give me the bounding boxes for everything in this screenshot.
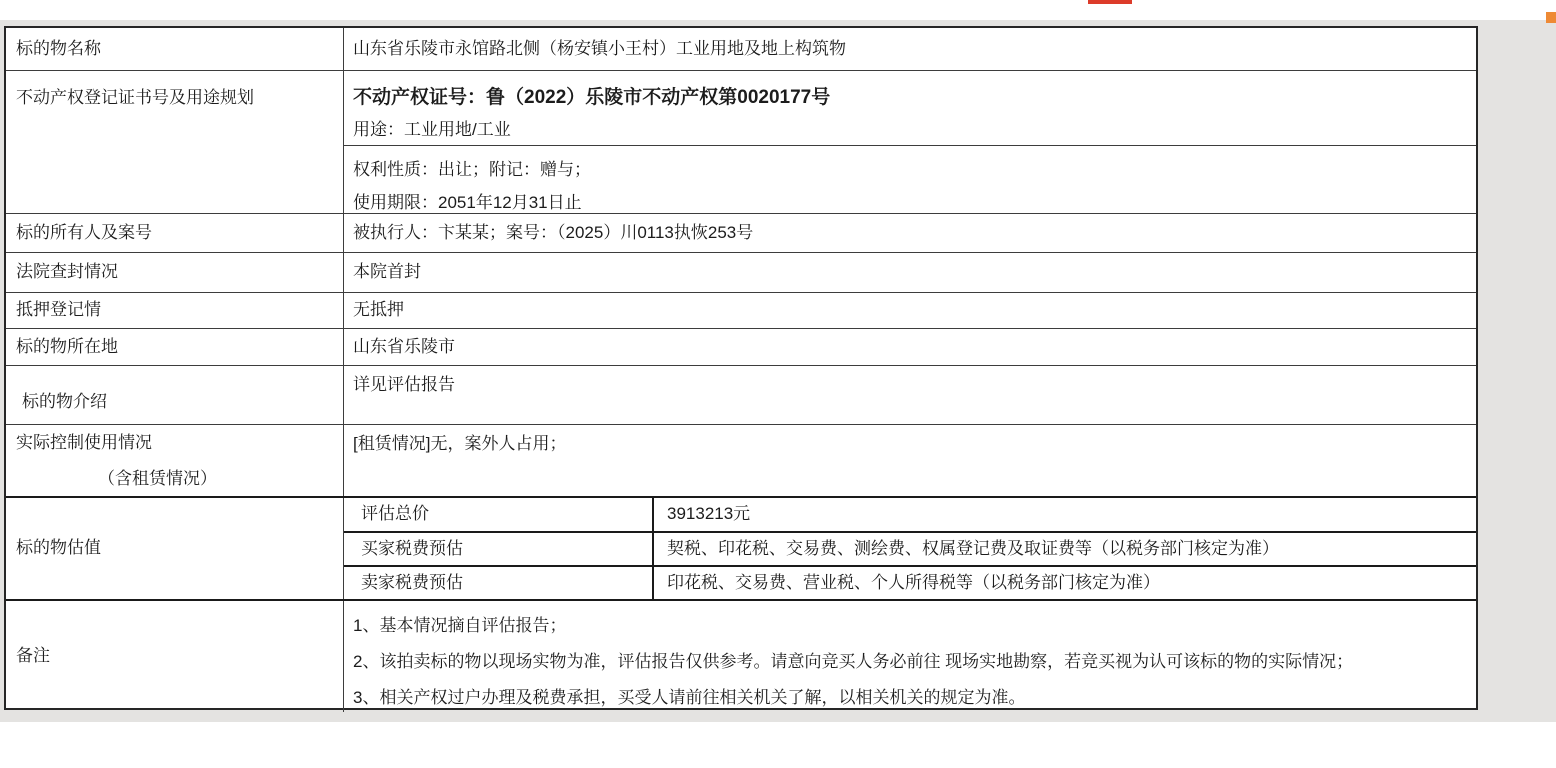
intro-value: 详见评估报告 xyxy=(344,366,1476,424)
row-intro: 标的物介绍 详见评估报告 xyxy=(6,365,1476,424)
valuation-label: 标的物估值 xyxy=(6,498,344,599)
owner-value: 被执行人：卞某某；案号：（2025）川0113执恢253号 xyxy=(344,214,1476,252)
buyer-tax-label: 买家税费预估 xyxy=(344,533,654,565)
row-valuation: 标的物估值 评估总价 3913213元 买家税费预估 契税、印花税、交易费、测绘… xyxy=(6,496,1476,599)
control-label-line2: （含租赁情况） xyxy=(16,468,343,491)
page: 标的物名称 山东省乐陵市永馆路北侧（杨安镇小王村）工业用地及地上构筑物 不动产权… xyxy=(0,0,1556,768)
cert-number-cell: 不动产权证号：鲁（2022）乐陵市不动产权第0020177号 用途：工业用地/工… xyxy=(344,71,1476,146)
control-value: [租赁情况]无，案外人占用； xyxy=(344,425,1476,496)
seller-tax-value: 印花税、交易费、营业税、个人所得税等（以税务部门核定为准） xyxy=(654,567,1476,599)
row-cert-and-planning: 不动产权登记证书号及用途规划 不动产权证号：鲁（2022）乐陵市不动产权第002… xyxy=(6,70,1476,213)
row-subject-name: 标的物名称 山东省乐陵市永馆路北侧（杨安镇小王村）工业用地及地上构筑物 xyxy=(6,28,1476,70)
mortgage-label: 抵押登记情 xyxy=(6,293,344,328)
valuation-total-value: 3913213元 xyxy=(654,498,1476,531)
location-label: 标的物所在地 xyxy=(6,329,344,365)
mortgage-value: 无抵押 xyxy=(344,293,1476,328)
row-actual-control: 实际控制使用情况 （含租赁情况） [租赁情况]无，案外人占用； xyxy=(6,424,1476,496)
cert-number-line: 不动产权证号：鲁（2022）乐陵市不动产权第0020177号 xyxy=(353,81,1476,114)
valuation-total-label: 评估总价 xyxy=(344,498,654,531)
cert-rights-cell: 权利性质：出让；附记：赠与； 使用期限：2051年12月31日止 xyxy=(344,146,1476,220)
valuation-nested-table: 评估总价 3913213元 买家税费预估 契税、印花税、交易费、测绘费、权属登记… xyxy=(344,498,1476,599)
remark-line-3: 3、相关产权过户办理及税费承担，买受人请前往相关机关了解，以相关机关的规定为准。 xyxy=(353,680,1476,716)
row-location: 标的物所在地 山东省乐陵市 xyxy=(6,328,1476,365)
control-label: 实际控制使用情况 （含租赁情况） xyxy=(6,425,344,496)
remark-line-1: 1、基本情况摘自评估报告； xyxy=(353,608,1476,644)
seller-tax-row: 卖家税费预估 印花税、交易费、营业税、个人所得税等（以税务部门核定为准） xyxy=(344,565,1476,599)
red-marker-decoration xyxy=(1088,0,1132,4)
buyer-tax-row: 买家税费预估 契税、印花税、交易费、测绘费、权属登记费及取证费等（以税务部门核定… xyxy=(344,531,1476,565)
auction-subject-table: 标的物名称 山东省乐陵市永馆路北侧（杨安镇小王村）工业用地及地上构筑物 不动产权… xyxy=(4,26,1478,710)
intro-label: 标的物介绍 xyxy=(6,366,344,424)
owner-label: 标的所有人及案号 xyxy=(6,214,344,252)
seal-label: 法院查封情况 xyxy=(6,253,344,292)
cert-rights-line: 权利性质：出让；附记：赠与； xyxy=(353,154,1476,187)
cert-value-column: 不动产权证号：鲁（2022）乐陵市不动产权第0020177号 用途：工业用地/工… xyxy=(344,71,1476,213)
subject-name-label: 标的物名称 xyxy=(6,28,344,70)
valuation-total-row: 评估总价 3913213元 xyxy=(344,498,1476,531)
cert-label: 不动产权登记证书号及用途规划 xyxy=(6,71,344,213)
remarks-value: 1、基本情况摘自评估报告； 2、该拍卖标的物以现场实物为准，评估报告仅供参考。请… xyxy=(344,601,1476,712)
location-value: 山东省乐陵市 xyxy=(344,329,1476,365)
orange-marker-decoration xyxy=(1546,12,1556,23)
cert-usage-line: 用途：工业用地/工业 xyxy=(353,114,1476,147)
row-remarks: 备注 1、基本情况摘自评估报告； 2、该拍卖标的物以现场实物为准，评估报告仅供参… xyxy=(6,599,1476,712)
seller-tax-label: 卖家税费预估 xyxy=(344,567,654,599)
remark-line-2: 2、该拍卖标的物以现场实物为准，评估报告仅供参考。请意向竞买人务必前往 现场实地… xyxy=(353,644,1476,680)
remarks-label: 备注 xyxy=(6,601,344,712)
subject-name-value: 山东省乐陵市永馆路北侧（杨安镇小王村）工业用地及地上构筑物 xyxy=(344,28,1476,70)
control-label-line1: 实际控制使用情况 xyxy=(16,432,343,455)
seal-value: 本院首封 xyxy=(344,253,1476,292)
row-mortgage: 抵押登记情 无抵押 xyxy=(6,292,1476,328)
row-court-seal: 法院查封情况 本院首封 xyxy=(6,252,1476,292)
buyer-tax-value: 契税、印花税、交易费、测绘费、权属登记费及取证费等（以税务部门核定为准） xyxy=(654,533,1476,565)
row-owner-case: 标的所有人及案号 被执行人：卞某某；案号：（2025）川0113执恢253号 xyxy=(6,213,1476,252)
